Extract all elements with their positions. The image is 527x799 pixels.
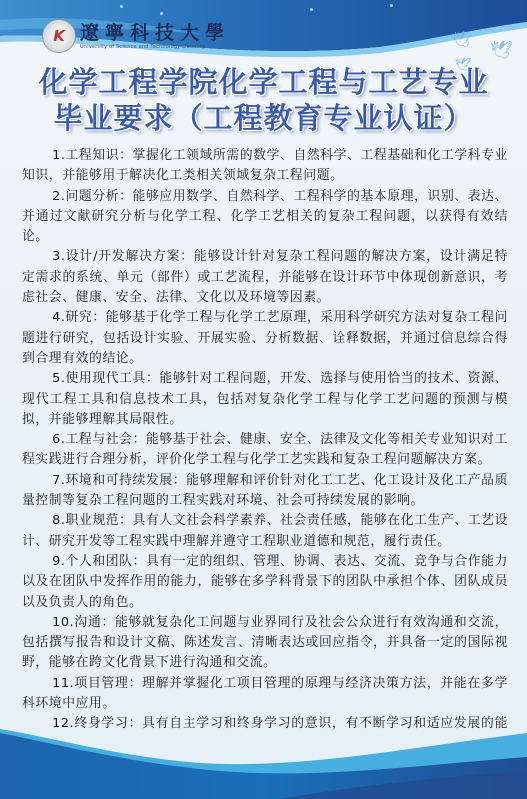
university-name-en: University of Science and Technology Lia… [80, 44, 230, 50]
requirement-item: 10.沟通：能够就复杂化工问题与业界同行及社会公众进行有效沟通和交流，包括撰写报… [22, 613, 508, 674]
sparkle-decoration [120, 5, 123, 8]
requirement-item: 7.环境和可持续发展：能够理解和评价针对化工工艺、化工设计及化工产品质量控制等复… [22, 471, 508, 512]
dove-icon: 🕊 [490, 40, 513, 61]
university-logo: K 遼寧科技大學 University of Science and Techn… [42, 19, 230, 53]
requirement-item: 9.个人和团队：具有一定的组织、管理、协调、表达、交流、竞争与合作能力以及在团队… [22, 552, 508, 613]
requirement-item: 5.使用现代工具：能够针对工程问题，开发、选择与使用恰当的技术、资源、现代工程工… [22, 369, 508, 430]
requirement-item: 3.设计/开发解决方案：能够设计针对复杂工程问题的解决方案，设计满足特定需求的系… [22, 247, 508, 308]
requirement-item: 2.问题分析：能够应用数学、自然科学、工程科学的基本原理，识别、表达、并通过文献… [22, 187, 508, 248]
requirement-item: 4.研究：能够基于化学工程与化学工艺原理，采用科学研究方法对复杂工程问题进行研究… [22, 308, 508, 369]
poster-title-line1: 化学工程学院化学工程与工艺专业 [0, 60, 527, 101]
sparkle-decoration [310, 8, 313, 11]
sparkle-decoration [160, 12, 163, 15]
sparkle-decoration [390, 4, 393, 7]
requirement-item: 6.工程与社会：能够基于社会、健康、安全、法律及文化等相关专业知识对工程实践进行… [22, 430, 508, 471]
bottom-wave-banner [0, 729, 527, 799]
university-name-cn: 遼寧科技大學 [80, 23, 230, 43]
requirement-item: 11.项目管理：理解并掌握化工项目管理的原理与经济决策方法，并能在多学科环境中应… [22, 674, 508, 715]
poster-title-line2: 毕业要求（工程教育专业认证） [0, 96, 527, 137]
requirements-list: 1.工程知识：掌握化工领域所需的数学、自然科学、工程基础和化工学科专业知识，并能… [22, 146, 508, 755]
requirement-item: 1.工程知识：掌握化工领域所需的数学、自然科学、工程基础和化工学科专业知识，并能… [22, 146, 508, 187]
requirement-item: 8.职业规范：具有人文社会科学素养、社会责任感，能够在化工生产、工艺设计、研究开… [22, 511, 508, 552]
university-emblem-icon: K [42, 19, 76, 53]
dove-icon: 🕊 [452, 30, 472, 49]
